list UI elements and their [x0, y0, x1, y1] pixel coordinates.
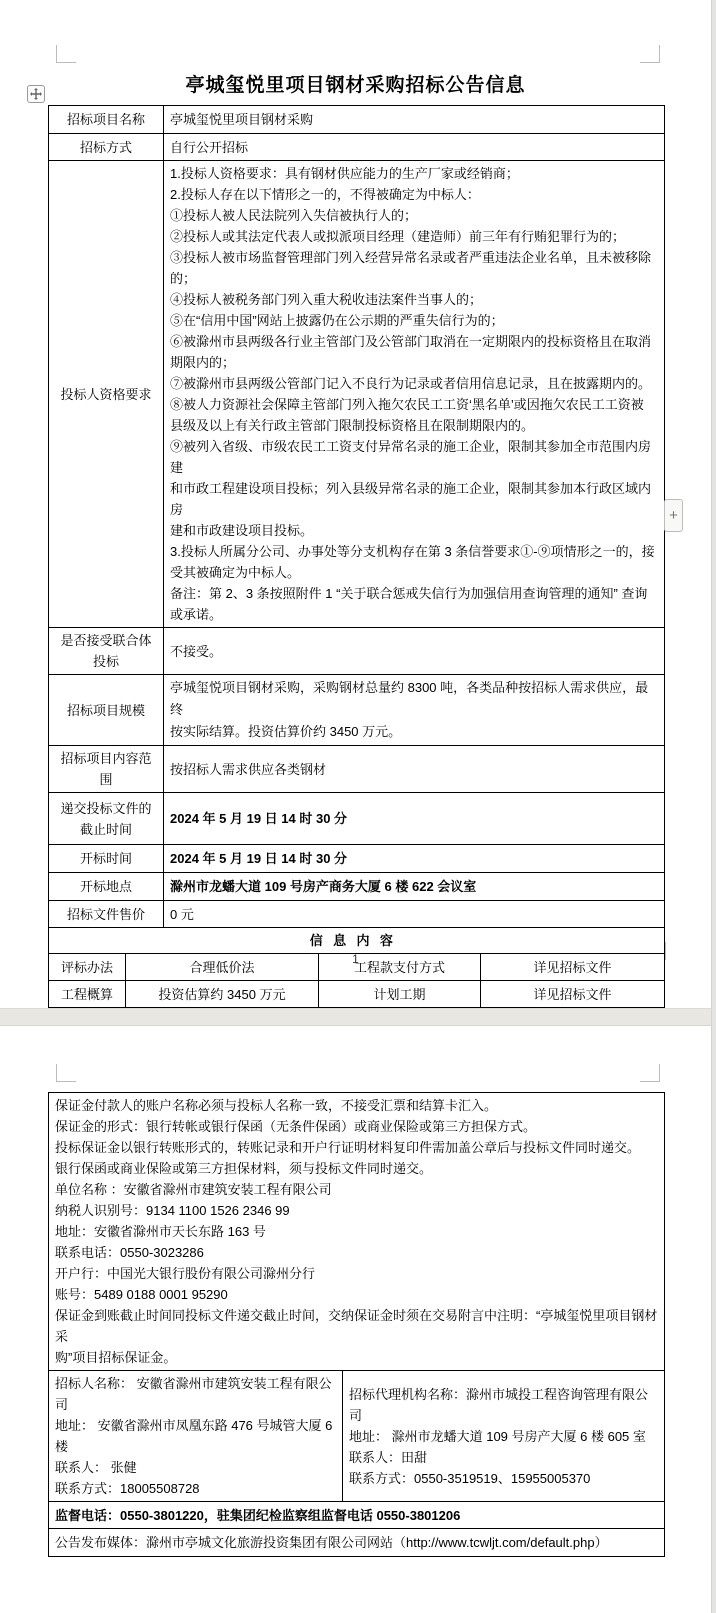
document-price-value: 0 元 — [164, 901, 665, 928]
consortium-label: 是否接受联合体投标 — [49, 628, 164, 675]
bid-opening-time-label: 开标时间 — [49, 845, 164, 873]
agency-contact: 招标代理机构名称：滁州市城投工程咨询管理有限公司 地址： 滁州市龙蟠大道 109… — [343, 1371, 665, 1502]
planned-schedule-value: 详见招标文件 — [481, 981, 665, 1008]
document-viewer: 亭城玺悦里项目钢材采购招标公告信息 招标项目名称 亭城玺悦里项目钢材采购 招标方… — [0, 0, 716, 1613]
page-separator — [0, 1008, 711, 1026]
content-scope-label: 招标项目内容范围 — [49, 746, 164, 793]
bid-announcement-table: 招标项目名称 亭城玺悦里项目钢材采购 招标方式 自行公开招标 投标人资格要求 1… — [48, 105, 665, 928]
expand-button[interactable]: + — [664, 499, 683, 532]
project-budget-label: 工程概算 — [49, 981, 126, 1008]
margin-mark-top-right — [640, 45, 660, 63]
deposit-contact-table: 保证金付款人的账户名称必须与投标人名称一致，不接受汇票和结算卡汇入。 保证金的形… — [48, 1092, 665, 1557]
deposit-instructions: 保证金付款人的账户名称必须与投标人名称一致，不接受汇票和结算卡汇入。 保证金的形… — [49, 1093, 665, 1371]
submission-deadline-label: 递交投标文件的 截止时间 — [49, 793, 164, 845]
project-name-value: 亭城玺悦里项目钢材采购 — [164, 106, 665, 134]
project-scale-label: 招标项目规模 — [49, 675, 164, 746]
document-body-p2: 保证金付款人的账户名称必须与投标人名称一致，不接受汇票和结算卡汇入。 保证金的形… — [48, 1092, 664, 1557]
planned-schedule-label: 计划工期 — [319, 981, 481, 1008]
info-content-header: 信息内容 — [49, 928, 665, 954]
submission-deadline-value: 2024 年 5 月 19 日 14 时 30 分 — [164, 793, 665, 845]
content-scope-value: 按招标人需求供应各类钢材 — [164, 746, 665, 793]
bid-opening-place-value: 滁州市龙蟠大道 109 号房产商务大厦 6 楼 622 会议室 — [164, 873, 665, 901]
tender-method-label: 招标方式 — [49, 134, 164, 161]
margin-mark-top-left — [56, 45, 76, 63]
page-2: 保证金付款人的账户名称必须与投标人名称一致，不接受汇票和结算卡汇入。 保证金的形… — [0, 1026, 711, 1613]
project-name-label: 招标项目名称 — [49, 106, 164, 134]
page-number: 1 — [0, 952, 711, 966]
qualification-label: 投标人资格要求 — [49, 161, 164, 628]
bid-opening-place-label: 开标地点 — [49, 873, 164, 901]
project-scale-value: 亭城玺悦项目钢材采购，采购钢材总量约 8300 吨，各类品种按招标人需求供应，最… — [164, 675, 665, 746]
tenderer-contact: 招标人名称： 安徽省滁州市建筑安装工程有限公司 地址： 安徽省滁州市凤凰东路 4… — [49, 1371, 343, 1502]
margin-mark-top-right-p2 — [640, 1064, 660, 1082]
supervision-phone: 监督电话：0550-3801220，驻集团纪检监察组监督电话 0550-3801… — [49, 1502, 665, 1529]
document-title: 亭城玺悦里项目钢材采购招标公告信息 — [0, 70, 711, 97]
page-1: 亭城玺悦里项目钢材采购招标公告信息 招标项目名称 亭城玺悦里项目钢材采购 招标方… — [0, 0, 711, 1008]
tender-method-value: 自行公开招标 — [164, 134, 665, 161]
document-price-label: 招标文件售价 — [49, 901, 164, 928]
qualification-text: 1.投标人资格要求：具有钢材供应能力的生产厂家或经销商； 2.投标人存在以下情形… — [164, 161, 665, 628]
bid-opening-time-value: 2024 年 5 月 19 日 14 时 30 分 — [164, 845, 665, 873]
scrollbar-track[interactable] — [711, 0, 716, 1613]
project-budget-value: 投资估算约 3450 万元 — [126, 981, 319, 1008]
document-body: 招标项目名称 亭城玺悦里项目钢材采购 招标方式 自行公开招标 投标人资格要求 1… — [48, 105, 664, 1082]
consortium-value: 不接受。 — [164, 628, 665, 675]
margin-mark-top-left-p2 — [56, 1064, 76, 1082]
announcement-media: 公告发布媒体：滁州市亭城文化旅游投资集团有限公司网站（http://www.tc… — [49, 1529, 665, 1557]
